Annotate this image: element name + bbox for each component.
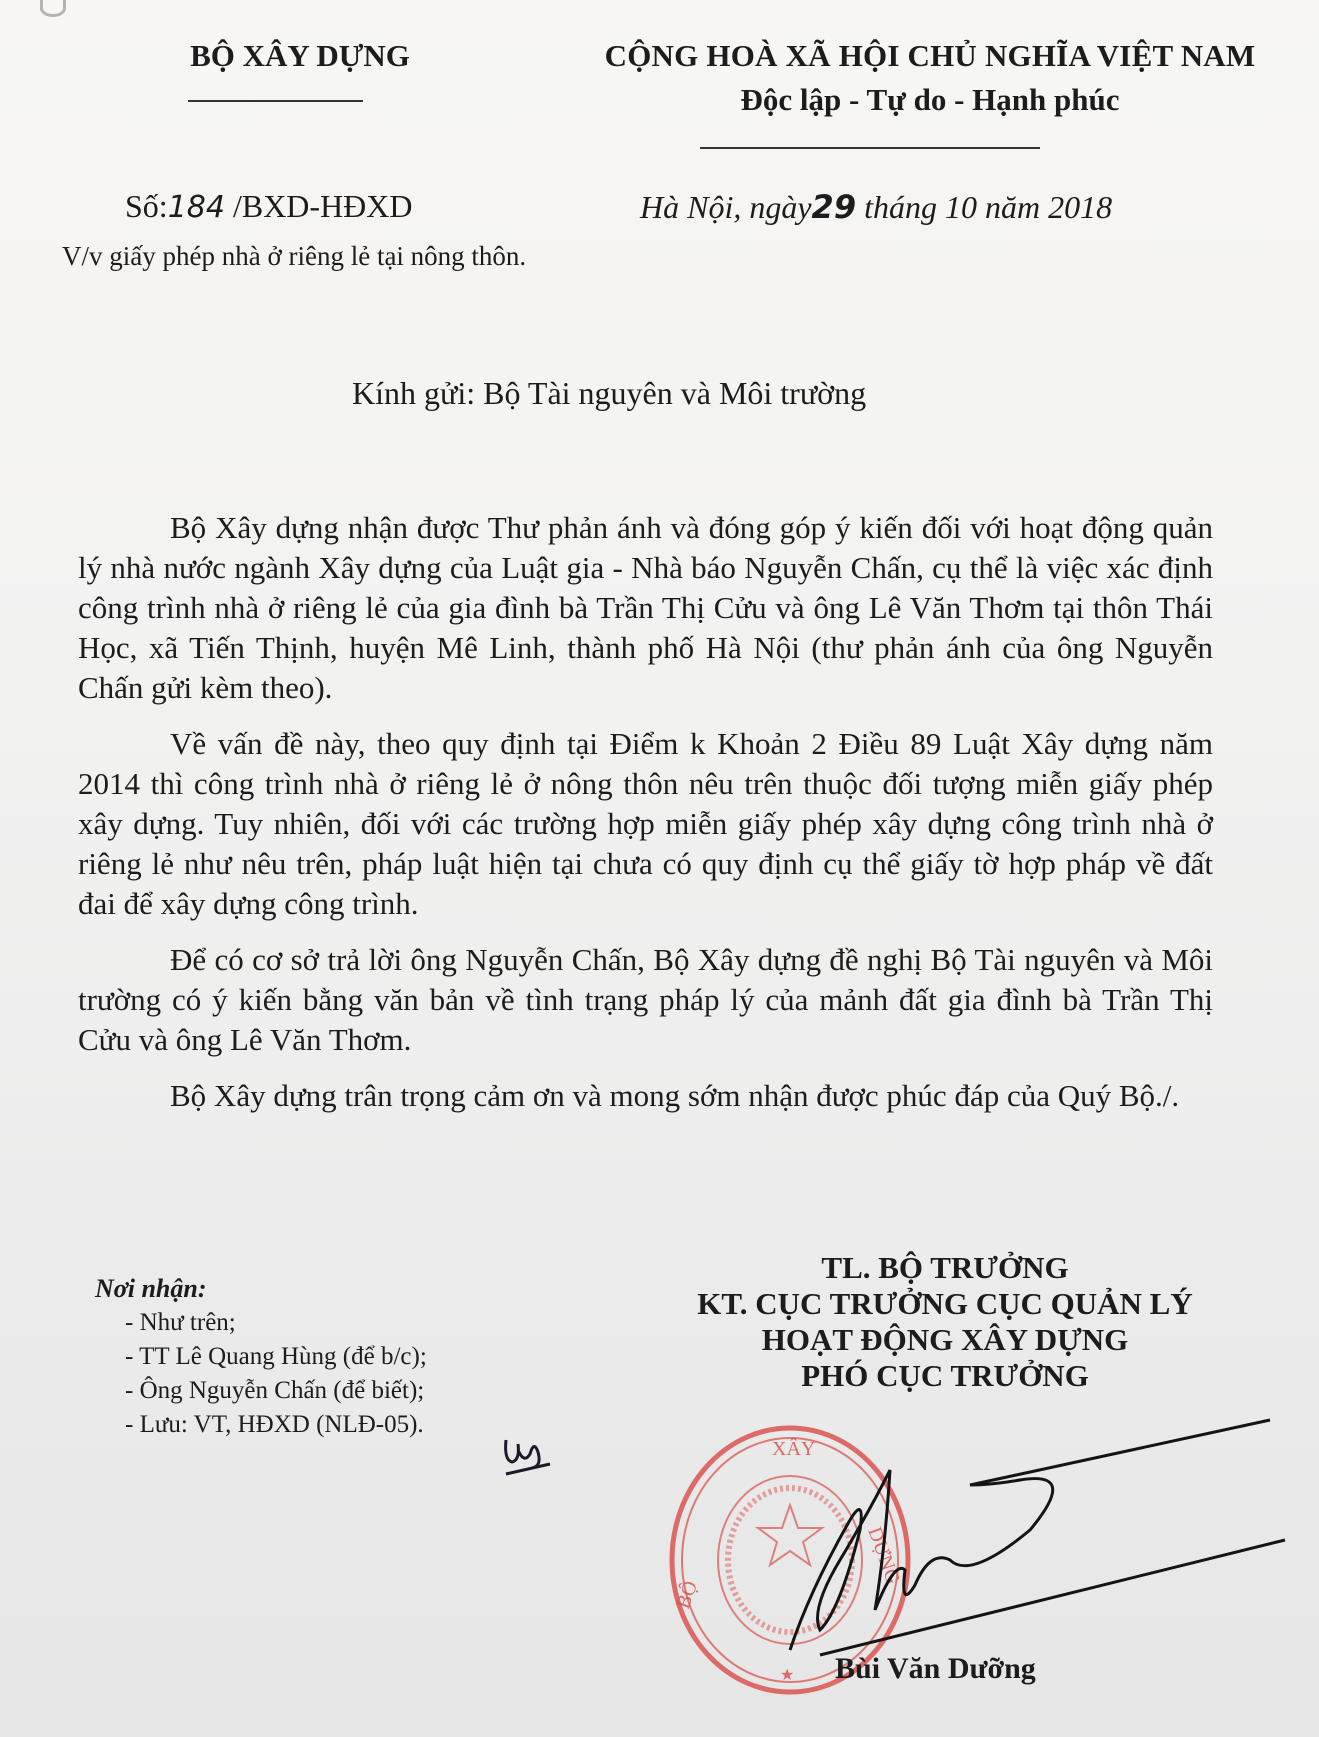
- signature-block: TL. BỘ TRƯỞNG KT. CỤC TRƯỞNG CỤC QUẢN LÝ…: [630, 1250, 1260, 1394]
- paper-clip-mark: [40, 0, 66, 17]
- signer-name: Bùi Văn Dưỡng: [835, 1652, 1036, 1686]
- body-paragraph: Bộ Xây dựng nhận được Thư phản ánh và đó…: [78, 508, 1213, 708]
- letter-body: Bộ Xây dựng nhận được Thư phản ánh và đó…: [78, 508, 1213, 1116]
- distribution-item: - TT Lê Quang Hùng (để b/c);: [95, 1340, 427, 1374]
- distribution-title: Nơi nhận:: [95, 1272, 427, 1306]
- national-header: CỘNG HOÀ XÃ HỘI CHỦ NGHĨA VIỆT NAM Độc l…: [560, 38, 1300, 118]
- handwritten-number: 184: [168, 190, 225, 225]
- distribution-list: Nơi nhận: - Như trên; - TT Lê Quang Hùng…: [95, 1272, 427, 1442]
- handwritten-day: 29: [812, 188, 857, 226]
- document-number: Số:184 /BXD-HĐXD: [125, 188, 413, 225]
- document-subject: V/v giấy phép nhà ở riêng lẻ tại nông th…: [62, 236, 562, 276]
- document-date: Hà Nội, ngày29 tháng 10 năm 2018: [640, 188, 1112, 226]
- distribution-item: - Lưu: VT, HĐXD (NLĐ-05).: [95, 1408, 427, 1442]
- body-paragraph: Về vấn đề này, theo quy định tại Điểm k …: [78, 724, 1213, 924]
- agency-name: BỘ XÂY DỰNG: [150, 38, 450, 74]
- motto: Độc lập - Tự do - Hạnh phúc: [560, 82, 1300, 118]
- distribution-item: - Ông Nguyễn Chấn (để biết);: [95, 1374, 427, 1408]
- svg-text:★: ★: [780, 1667, 794, 1684]
- motto-underline: [700, 147, 1040, 149]
- handwritten-initials-icon: [498, 1410, 558, 1480]
- nation-title: CỘNG HOÀ XÃ HỘI CHỦ NGHĨA VIỆT NAM: [560, 38, 1300, 74]
- recipient-line: Kính gửi: Bộ Tài nguyên và Môi trường: [352, 375, 866, 412]
- agency-underline: [188, 100, 363, 102]
- body-paragraph: Bộ Xây dựng trân trọng cảm ơn và mong sớ…: [78, 1076, 1213, 1116]
- body-paragraph: Để có cơ sở trả lời ông Nguyễn Chấn, Bộ …: [78, 940, 1213, 1060]
- handwritten-signature-icon: [700, 1410, 1300, 1660]
- distribution-item: - Như trên;: [95, 1306, 427, 1340]
